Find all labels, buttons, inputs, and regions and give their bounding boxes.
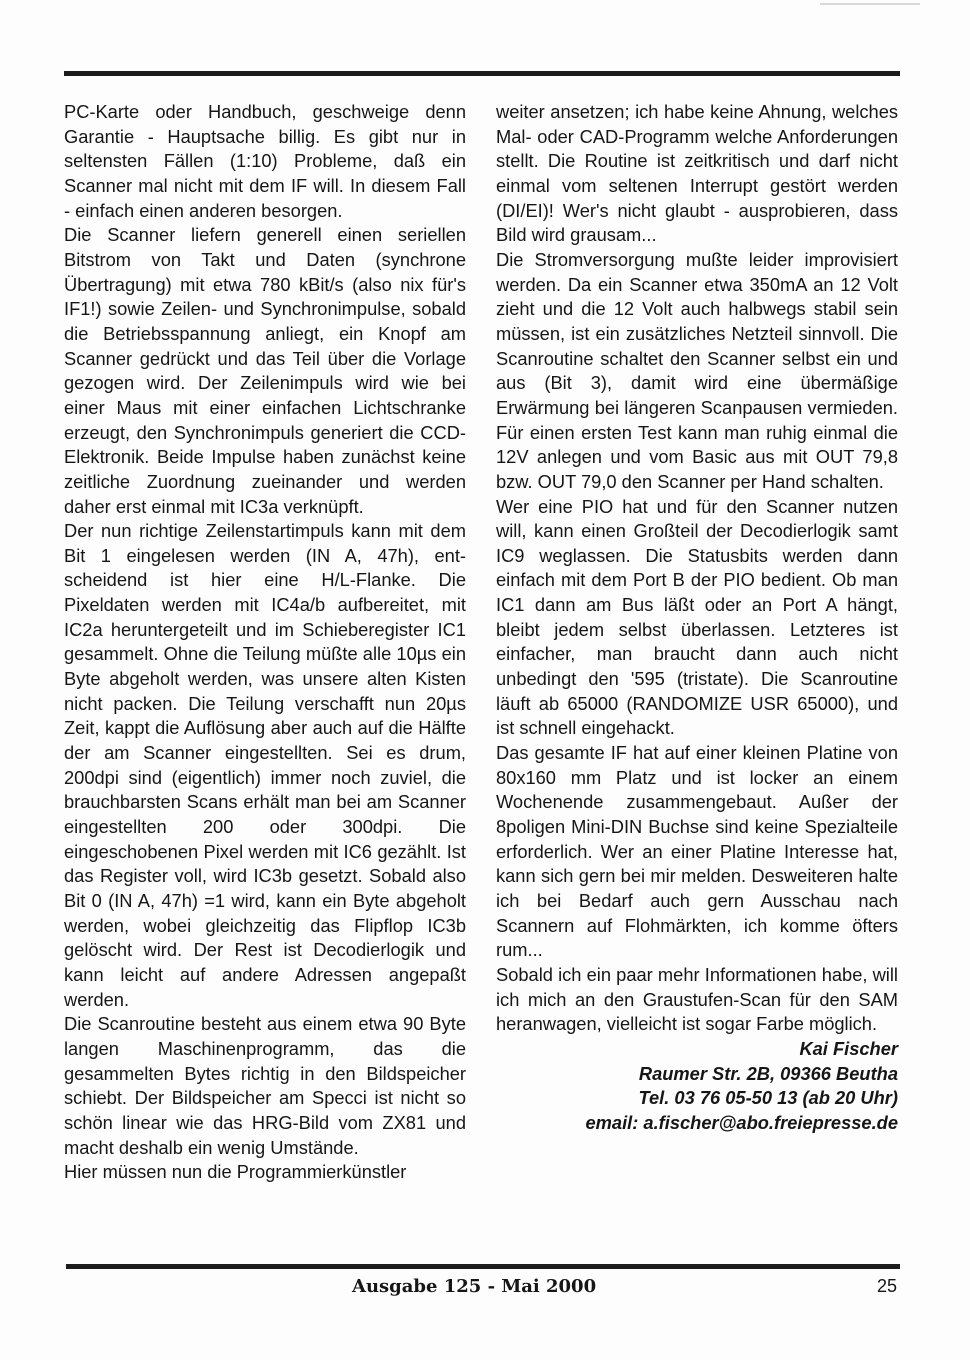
author-phone: Tel. 03 76 05-50 13 (ab 20 Uhr) (496, 1086, 898, 1111)
bottom-rule (66, 1264, 900, 1269)
paragraph: Sobald ich ein paar mehr Informationen h… (496, 963, 898, 1037)
author-email: email: a.fischer@abo.freiepresse.de (496, 1111, 898, 1136)
scan-artifact (820, 3, 920, 5)
paragraph: Die Scanner liefern generell einen serie… (64, 223, 466, 519)
paragraph: Hier müssen nun die Programmierkünstler (64, 1160, 466, 1185)
top-rule (64, 71, 900, 76)
paragraph: Der nun richtige Zeilenstartimpuls kann … (64, 519, 466, 1012)
author-address: Raumer Str. 2B, 09366 Beutha (496, 1062, 898, 1087)
page-number: 25 (877, 1276, 897, 1297)
right-column: weiter ansetzen; ich habe keine Ahnung, … (496, 100, 898, 1136)
paragraph: PC-Karte oder Handbuch, geschweige denn … (64, 100, 466, 223)
paragraph: Das gesamte IF hat auf einer kleinen Pla… (496, 741, 898, 963)
issue-label: Ausgabe 125 - Mai 2000 (352, 1276, 596, 1297)
paragraph: Die Stromversorgung mußte leider improvi… (496, 248, 898, 495)
paragraph: Wer eine PIO hat und für den Scanner nut… (496, 495, 898, 742)
paragraph: Die Scanroutine besteht aus einem etwa 9… (64, 1012, 466, 1160)
author-name: Kai Fischer (496, 1037, 898, 1062)
left-column: PC-Karte oder Handbuch, geschweige denn … (64, 100, 466, 1185)
paragraph: weiter ansetzen; ich habe keine Ahnung, … (496, 100, 898, 248)
